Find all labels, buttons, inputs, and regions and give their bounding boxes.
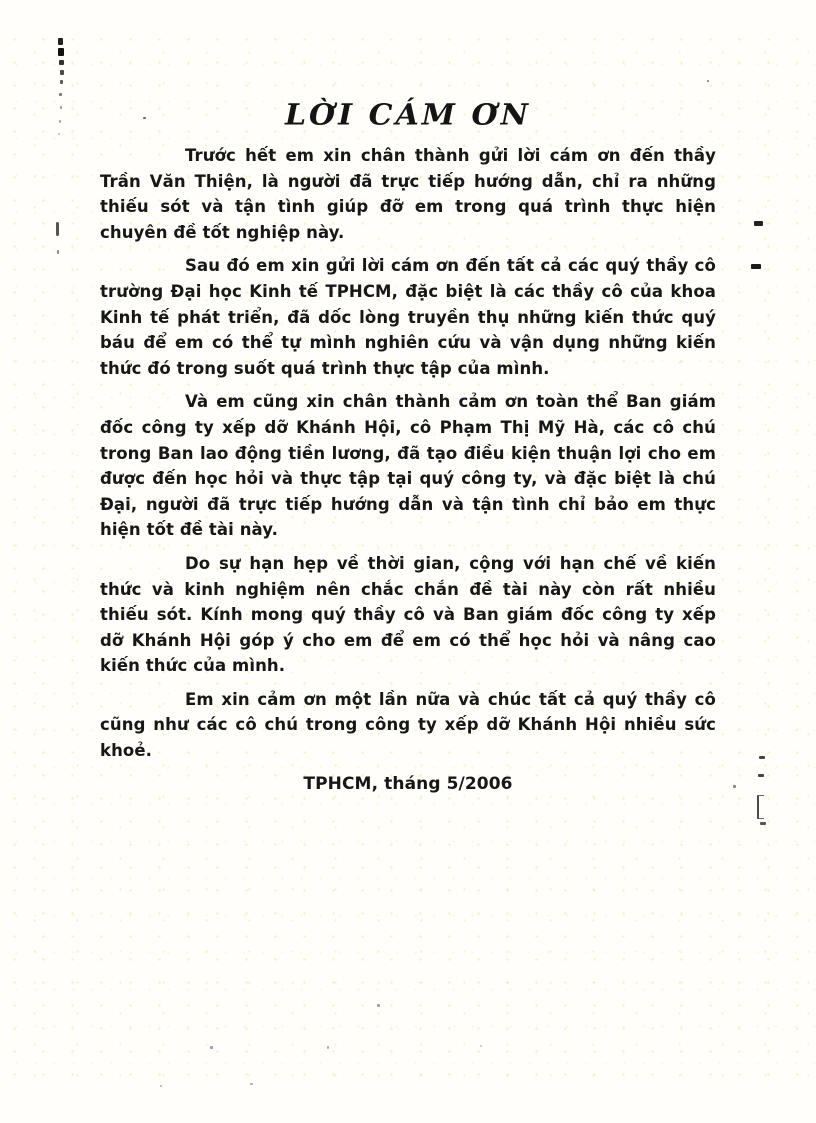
date-line: TPHCM, tháng 5/2006 xyxy=(100,772,716,798)
scan-speck xyxy=(751,264,761,269)
scan-speck xyxy=(60,80,63,84)
scan-speck xyxy=(759,756,765,759)
paragraph: Trước hết em xin chân thành gửi lời cám … xyxy=(100,143,716,245)
scan-speck xyxy=(377,1004,380,1007)
scan-speck xyxy=(57,250,59,254)
scanned-document-page: LỜI CÁM ƠN Trước hết em xin chân thành g… xyxy=(0,0,816,1123)
scan-speck xyxy=(59,93,62,96)
scan-speck xyxy=(707,80,709,82)
scan-speck xyxy=(760,822,766,825)
scan-speck xyxy=(56,222,59,236)
scan-speck xyxy=(250,1083,253,1085)
paragraph: Do sự hạn hẹp về thời gian, cộng với hạn… xyxy=(100,551,716,679)
scan-bracket-mark xyxy=(757,795,764,819)
scan-speck xyxy=(58,48,64,56)
scan-speck xyxy=(754,221,763,226)
scan-speck xyxy=(59,60,64,65)
scan-speck xyxy=(480,1045,482,1047)
scan-speck xyxy=(60,70,64,75)
page-title: LỜI CÁM ƠN xyxy=(0,99,816,132)
scan-speck xyxy=(327,1046,329,1049)
scan-speck xyxy=(160,1085,162,1087)
paragraph: Em xin cảm ơn một lần nữa và chúc tất cả… xyxy=(100,687,716,764)
scan-speck xyxy=(58,133,60,135)
scan-speck xyxy=(758,774,764,777)
paragraph: Sau đó em xin gửi lời cám ơn đến tất cả … xyxy=(100,253,716,381)
acknowledgement-body: Trước hết em xin chân thành gửi lời cám … xyxy=(100,143,716,797)
scan-speck xyxy=(733,785,736,788)
paragraph: Và em cũng xin chân thành cảm ơn toàn th… xyxy=(100,389,716,543)
scan-speck xyxy=(58,38,63,45)
scan-speck xyxy=(210,1046,213,1049)
